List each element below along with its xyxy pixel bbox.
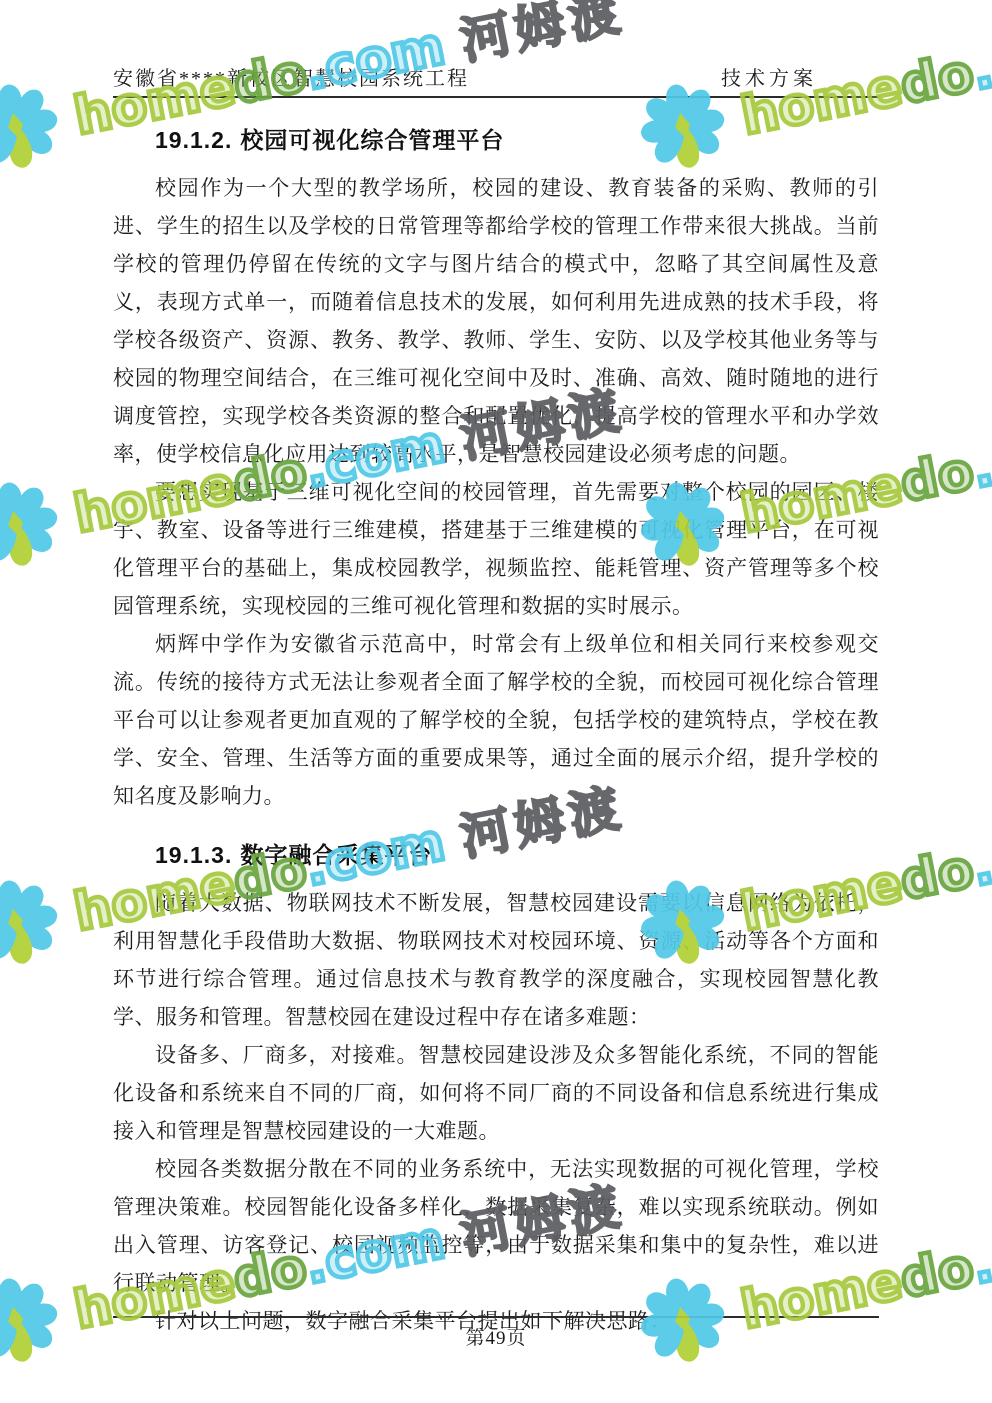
watermark-do: do <box>896 441 979 514</box>
paragraph: 校园作为一个大型的教学场所，校园的建设、教育装备的采购、教师的引进、学生的招生以… <box>113 169 879 473</box>
section-number: 19.1.3. <box>155 842 232 868</box>
homedo-flower-logo-icon <box>0 1264 73 1380</box>
section-title: 校园可视化综合管理平台 <box>240 127 504 153</box>
page-header: 安徽省****新校区智慧校园系统工程 技术方案 <box>113 62 879 98</box>
section-heading-19-1-2: 19.1.2.校园可视化综合管理平台 <box>155 122 879 155</box>
watermark-do: do <box>896 839 979 912</box>
paragraph: 校园各类数据分散在不同的业务系统中，无法实现数据的可视化管理，学校管理决策难。校… <box>113 1150 879 1302</box>
page-number: 第49页 <box>465 1328 526 1349</box>
homedo-flower-logo-icon <box>0 70 73 186</box>
section-heading-19-1-3: 19.1.3.数字融合采集平台 <box>155 837 879 870</box>
watermark-tld: .com <box>967 16 992 102</box>
watermark-do: do <box>896 1237 979 1310</box>
watermark-tld: .com <box>967 414 992 500</box>
page-content: 安徽省****新校区智慧校园系统工程 技术方案 19.1.2.校园可视化综合管理… <box>113 0 879 1340</box>
header-project-title: 安徽省****新校区智慧校园系统工程 <box>113 62 469 91</box>
watermark-tld: .com <box>967 1210 992 1296</box>
homedo-flower-logo-icon <box>0 866 73 982</box>
document-page: 安徽省****新校区智慧校园系统工程 技术方案 19.1.2.校园可视化综合管理… <box>0 0 992 1403</box>
section-number: 19.1.2. <box>155 127 232 153</box>
homedo-flower-logo-icon <box>0 468 73 584</box>
header-doc-label: 技术方案 <box>721 62 817 91</box>
page-footer: 第49页 <box>113 1316 879 1350</box>
section-title: 数字融合采集平台 <box>240 842 432 868</box>
paragraph: 设备多、厂商多，对接难。智慧校园建设涉及众多智能化系统，不同的智能化设备和系统来… <box>113 1036 879 1150</box>
paragraph: 要想实现基于三维可视化空间的校园管理，首先需要对整个校园的园区、楼宇、教室、设备… <box>113 473 879 625</box>
paragraph: 炳辉中学作为安徽省示范高中，时常会有上级单位和相关同行来校参观交流。传统的接待方… <box>113 625 879 815</box>
watermark-tld: .com <box>967 812 992 898</box>
watermark-do: do <box>896 43 979 116</box>
paragraph: 随着大数据、物联网技术不断发展，智慧校园建设需要以信息网络为依托，利用智慧化手段… <box>113 884 879 1036</box>
